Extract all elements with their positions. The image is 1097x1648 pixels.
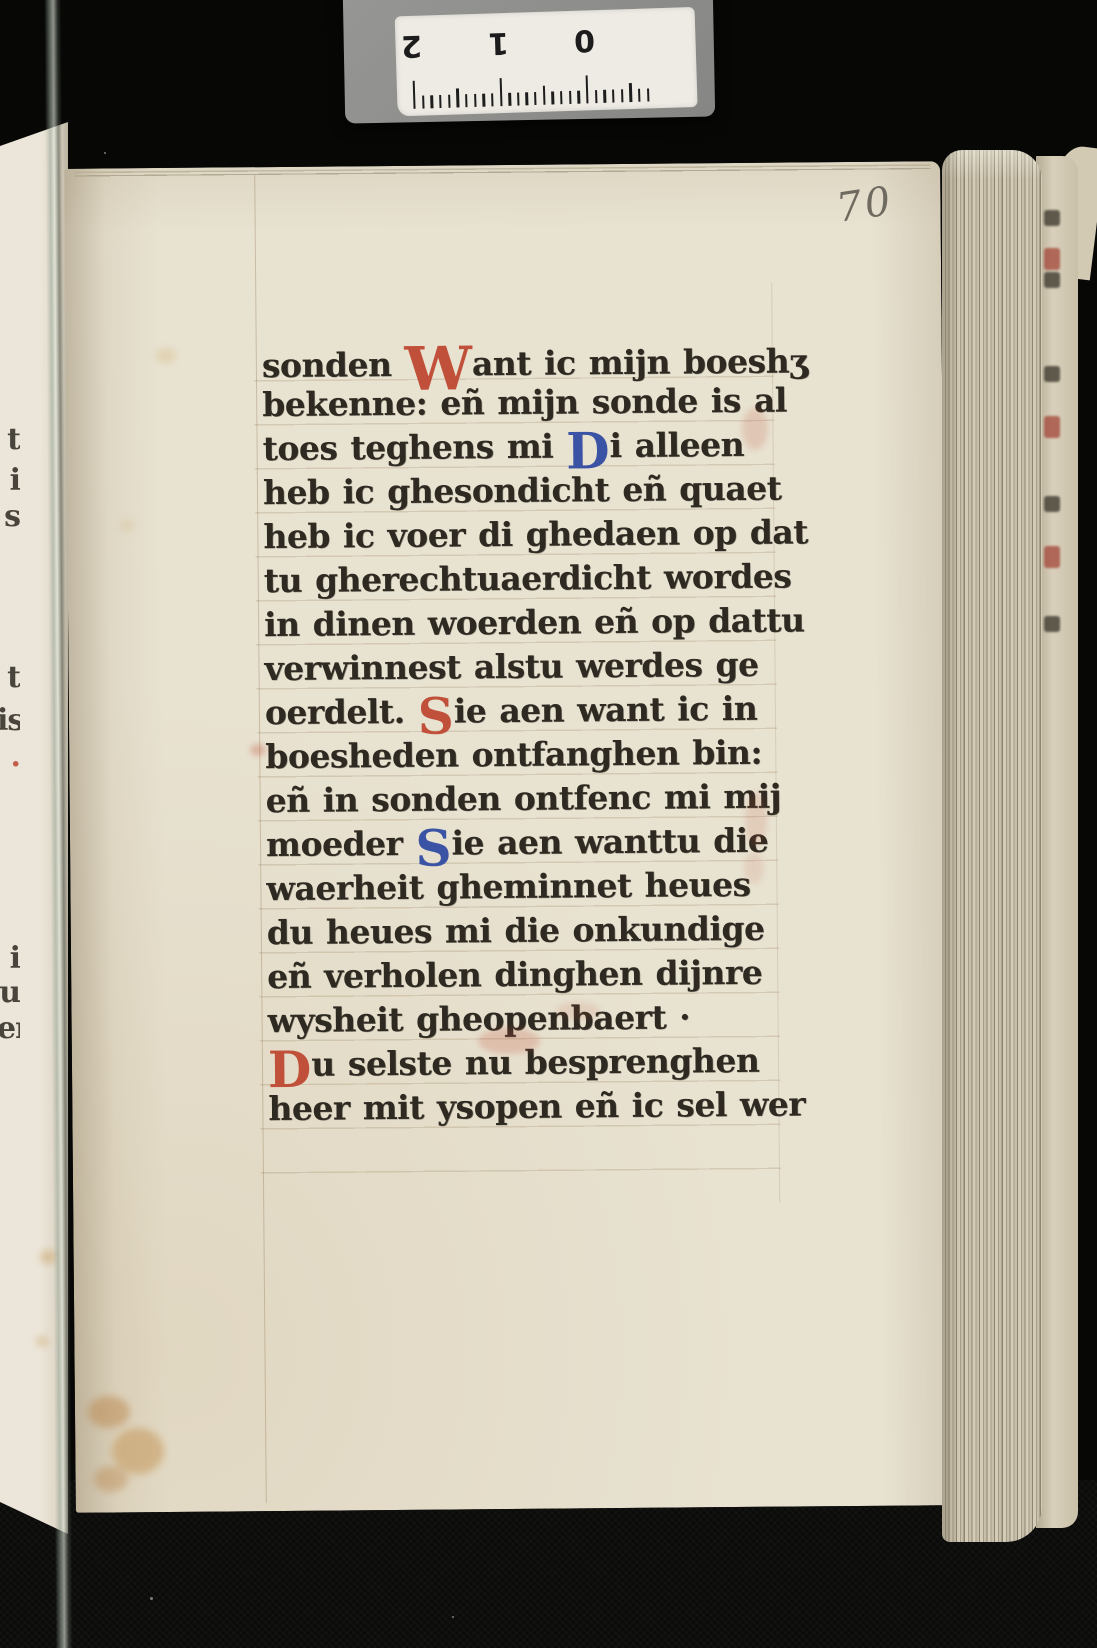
manuscript-page: 70 sonden Want ic mijn boeshʒbekenne: eñ… — [64, 161, 952, 1513]
ruler-tick — [586, 75, 589, 103]
text-segment: wysheit gheopenbaert · — [267, 997, 690, 1040]
leaf-glimpse-mark — [1044, 272, 1060, 288]
text-segment: eñ verholen dinghen dijnre — [267, 953, 762, 996]
ruler-tick — [577, 91, 580, 104]
fragment-text: s — [0, 502, 20, 532]
folio-number: 70 — [833, 178, 896, 232]
dust-speck — [452, 1616, 454, 1618]
cm-ruler: 210 — [395, 7, 698, 116]
text-segment: ie aen want ic in — [454, 689, 758, 731]
text-line: heer mit ysopen eñ ic sel wer — [268, 1083, 784, 1132]
text-segment: du heues mi die onkundige — [267, 909, 765, 952]
fragment-text: ert — [0, 1014, 20, 1044]
fragment-text: is — [0, 706, 20, 736]
ruler-tick — [543, 86, 546, 105]
ruler-tick — [603, 90, 606, 103]
show-through-mark — [478, 1028, 540, 1054]
dust-speck — [150, 1597, 153, 1600]
text-line: oerdelt. Sie aen want ic in — [265, 687, 781, 736]
ruler-tick — [491, 93, 494, 106]
lombard-initial: S — [417, 686, 454, 745]
text-segment: oerdelt. — [265, 692, 418, 732]
show-through-mark — [556, 1002, 600, 1020]
text-segment: ie aen wanttu die — [451, 821, 768, 863]
foxing-stain — [36, 1336, 49, 1347]
text-line: tu gherechtuaerdicht wordes — [264, 555, 780, 604]
ruler-tick — [430, 95, 433, 108]
photograph-of-manuscript: { "page_number": "70", "ruler": { "unit_… — [0, 0, 1097, 1648]
ruler-tick — [551, 91, 554, 104]
ruler-tick — [499, 78, 502, 106]
ruler-number: 2 — [391, 27, 432, 63]
ruler-tick — [474, 94, 477, 107]
ruler-tick — [638, 89, 641, 102]
book-fore-edge — [942, 150, 1042, 1542]
ruler-tick — [413, 81, 416, 109]
text-segment: heb ic voer di ghedaen op dat — [263, 512, 808, 556]
text-block: sonden Want ic mijn boeshʒbekenne: eñ mi… — [262, 335, 785, 1131]
text-segment: toes teghens mi — [262, 426, 566, 468]
text-line: boesheden ontfanghen bin: — [265, 731, 781, 780]
text-segment: heb ic ghesondicht eñ quaet — [263, 469, 782, 513]
ruler-tick — [465, 94, 468, 107]
ruler-tick — [560, 91, 563, 104]
lombard-initial: S — [415, 818, 452, 877]
fragment-text: i — [0, 466, 20, 496]
leaf-glimpse-mark — [1044, 546, 1060, 568]
text-segment: bekenne: eñ mijn sonde is al — [262, 381, 787, 425]
ruler-tick — [595, 90, 598, 103]
foxing-stain — [120, 520, 134, 531]
ruler-tick — [448, 95, 451, 108]
fragment-text: i — [0, 944, 20, 974]
ruler-tick — [629, 83, 632, 102]
text-line: toes teghens mi Di alleen — [262, 423, 778, 472]
fragment-text: t — [0, 425, 20, 455]
lombard-initial: D — [566, 421, 610, 480]
ruler-tick — [534, 92, 537, 105]
ruler-tick — [621, 89, 624, 102]
following-leaf-sliver — [1036, 156, 1078, 1528]
show-through-mark — [745, 792, 767, 847]
text-line: moeder Sie aen wanttu die — [266, 819, 782, 868]
text-segment: tu gherechtuaerdicht wordes — [264, 557, 792, 601]
text-segment: ant ic mijn boeshʒ — [472, 341, 808, 383]
text-segment: sonden — [262, 345, 405, 385]
lombard-initial: W — [404, 334, 472, 405]
ruler-number: 0 — [564, 22, 605, 58]
ruler-tick — [647, 88, 650, 101]
fragment-text: t — [0, 663, 20, 693]
ruler-tick — [456, 88, 459, 107]
fragment-text: u — [0, 978, 20, 1008]
leaf-glimpse-mark — [1044, 416, 1060, 438]
text-line: waerheit gheminnet heues — [266, 863, 782, 912]
leaf-glimpse-mark — [1044, 366, 1060, 382]
ruler-tick — [482, 94, 485, 107]
leaf-glimpse-mark — [1044, 210, 1060, 226]
leaf-glimpse-mark — [1044, 248, 1060, 270]
text-line: eñ in sonden ontfenc mi mij — [265, 775, 781, 824]
text-segment: i alleen — [609, 425, 744, 465]
ruler-number: 1 — [478, 25, 519, 61]
ruler-tick — [612, 90, 615, 103]
text-segment: eñ in sonden ontfenc mi mij — [266, 777, 782, 820]
text-line: heb ic voer di ghedaen op dat — [263, 511, 779, 560]
text-line: bekenne: eñ mijn sonde is al — [262, 379, 778, 428]
ruler-tick — [517, 93, 520, 106]
text-line: eñ verholen dinghen dijnre — [267, 951, 783, 1000]
ruler-tick — [439, 95, 442, 108]
text-segment: waerheit gheminnet heues — [266, 865, 751, 908]
fragment-text: · — [0, 750, 20, 780]
ruler-numbers: 210 — [395, 7, 695, 16]
leaf-glimpse-mark — [1044, 616, 1060, 632]
underlying-page-edges — [74, 164, 930, 179]
show-through-mark — [744, 852, 764, 884]
text-segment: heer mit ysopen eñ ic sel wer — [268, 1084, 805, 1128]
foxing-stain — [88, 1396, 130, 1428]
text-line: heb ic ghesondicht eñ quaet — [263, 467, 779, 516]
text-line: verwinnest alstu werdes ge — [264, 643, 780, 692]
ruler-tick — [508, 93, 511, 106]
text-segment: moeder — [266, 824, 416, 864]
gray-scale-card: 210 — [343, 0, 715, 124]
leaf-glimpse-mark — [1044, 496, 1060, 512]
text-line: du heues mi die onkundige — [267, 907, 783, 956]
show-through-mark — [742, 408, 768, 450]
foxing-stain — [94, 1466, 128, 1492]
text-segment: boesheden ontfanghen bin: — [265, 733, 762, 776]
show-through-mark — [250, 744, 266, 756]
text-line: sonden Want ic mijn boeshʒ — [262, 335, 778, 384]
foxing-stain — [156, 348, 176, 363]
dust-speck — [104, 152, 106, 154]
ruler-tick — [526, 92, 529, 105]
ruler-ticks — [395, 7, 695, 16]
text-segment: verwinnest alstu werdes ge — [264, 645, 758, 688]
text-line: in dinen woerden eñ op dattu — [264, 599, 780, 648]
ruler-tick — [569, 91, 572, 104]
ruler-tick — [422, 96, 425, 109]
text-segment: in dinen woerden eñ op dattu — [264, 600, 805, 644]
lombard-initial: D — [268, 1040, 312, 1099]
